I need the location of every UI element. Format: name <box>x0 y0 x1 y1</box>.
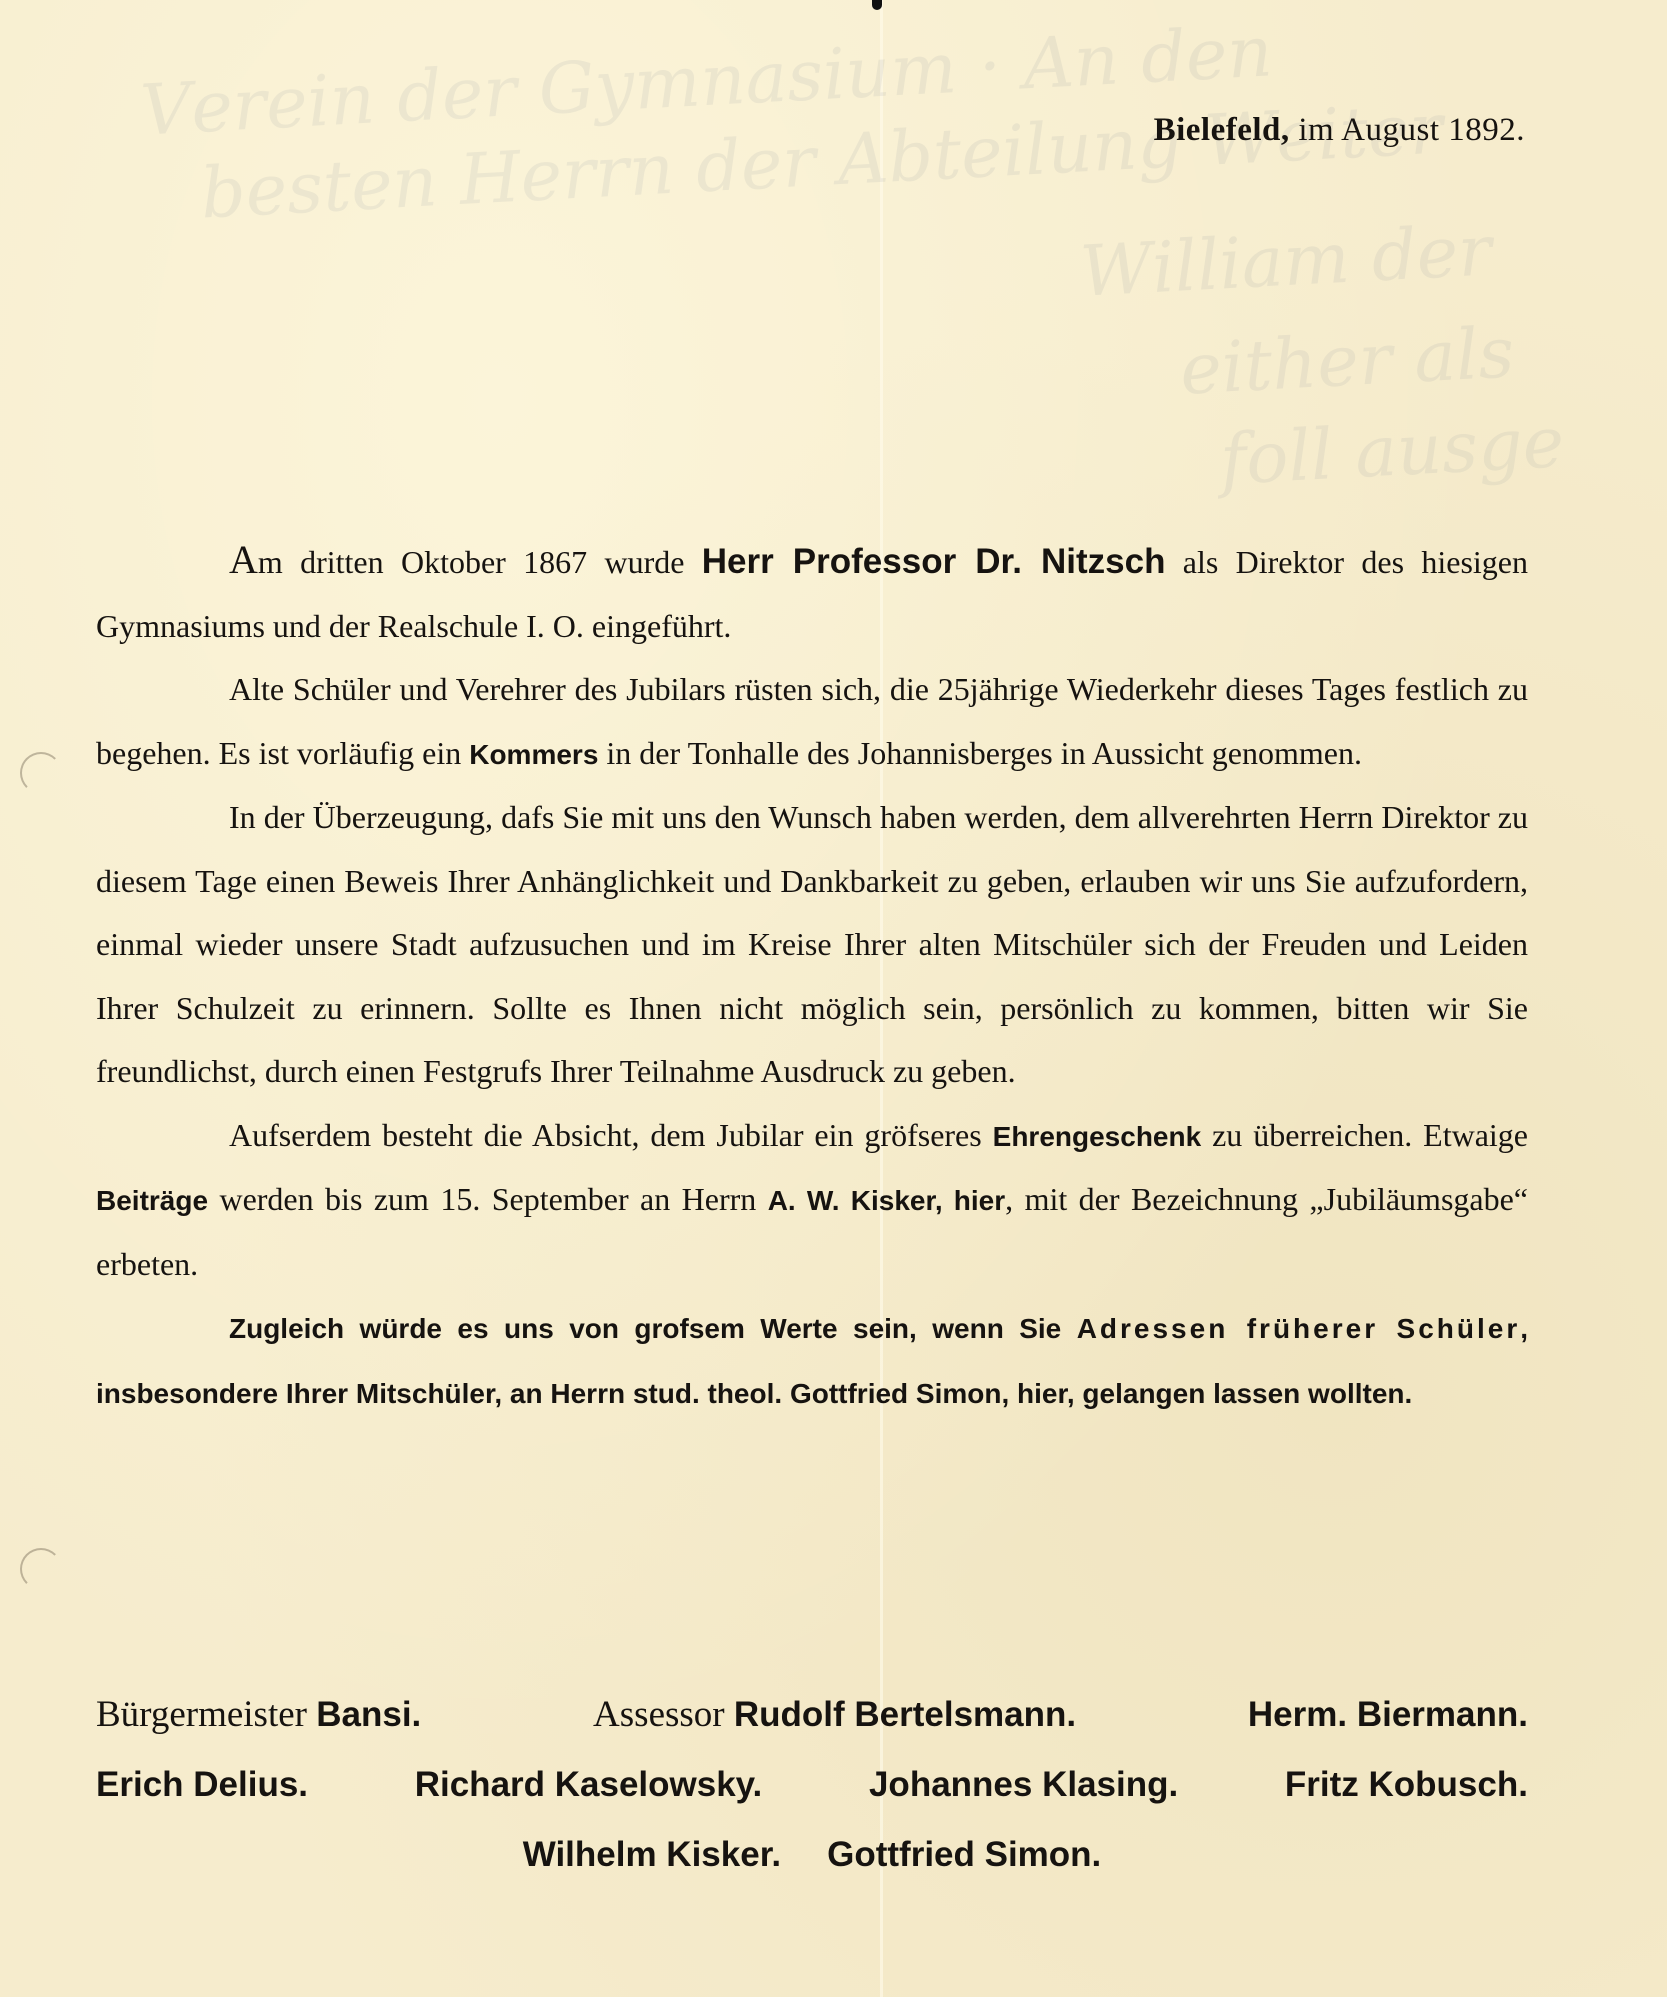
paragraph-invitation: In der Überzeugung, dafs Sie mit uns den… <box>96 786 1528 1104</box>
signatory: Gottfried Simon. <box>827 1820 1101 1890</box>
signatory: Bürgermeister Bansi. <box>96 1680 421 1750</box>
paragraph-celebration: Alte Schüler und Verehrer des Jubilars r… <box>96 658 1528 786</box>
signatory: Herm. Biermann. <box>1248 1680 1528 1750</box>
signatory: Assessor Rudolf Bertelsmann. <box>593 1680 1076 1750</box>
beitraege-emphasis: Beiträge <box>96 1185 208 1216</box>
ink-mark <box>872 0 882 10</box>
punch-hole-mark <box>20 752 62 794</box>
kisker-emphasis: A. W. Kisker, hier <box>768 1185 1005 1216</box>
kommers-emphasis: Kommers <box>469 739 598 770</box>
signatory: Richard Kaselowsky. <box>415 1750 763 1820</box>
honoree-name: Herr Professor Dr. Nitzsch <box>702 542 1166 581</box>
signatory-line: Bürgermeister Bansi. Assessor Rudolf Ber… <box>96 1680 1528 1750</box>
signatory-line: Erich Delius. Richard Kaselowsky. Johann… <box>96 1750 1528 1820</box>
paragraph-addresses: Zugleich würde es uns von grofsem Werte … <box>96 1296 1528 1425</box>
signatory: Fritz Kobusch. <box>1285 1750 1528 1820</box>
paragraph-gift: Aufserdem besteht die Absicht, dem Jubil… <box>96 1104 1528 1297</box>
punch-hole-mark <box>20 1548 62 1590</box>
letter-body: Am dritten Oktober 1867 wurde Herr Profe… <box>96 528 1528 1425</box>
signatory: Johannes Klasing. <box>869 1750 1178 1820</box>
addresses-emphasis: Adressen früherer Schüler <box>1077 1313 1521 1344</box>
ehrengeschenk-emphasis: Ehrengeschenk <box>993 1121 1202 1152</box>
show-through-handwriting: 𝑒𝑖𝑡ℎ𝑒𝑟 𝑎𝑙𝑠 <box>1178 311 1516 410</box>
date-place: Bielefeld, <box>1154 112 1290 148</box>
signatory: Erich Delius. <box>96 1750 308 1820</box>
signatories: Bürgermeister Bansi. Assessor Rudolf Ber… <box>96 1680 1528 1890</box>
signatory-line: Wilhelm Kisker. Gottfried Simon. <box>96 1820 1528 1890</box>
paragraph-announcement: Am dritten Oktober 1867 wurde Herr Profe… <box>96 528 1528 658</box>
date-text: im August 1892. <box>1298 112 1525 148</box>
signatory: Wilhelm Kisker. <box>523 1820 781 1890</box>
date-line: Bielefeld, im August 1892. <box>1154 112 1525 149</box>
